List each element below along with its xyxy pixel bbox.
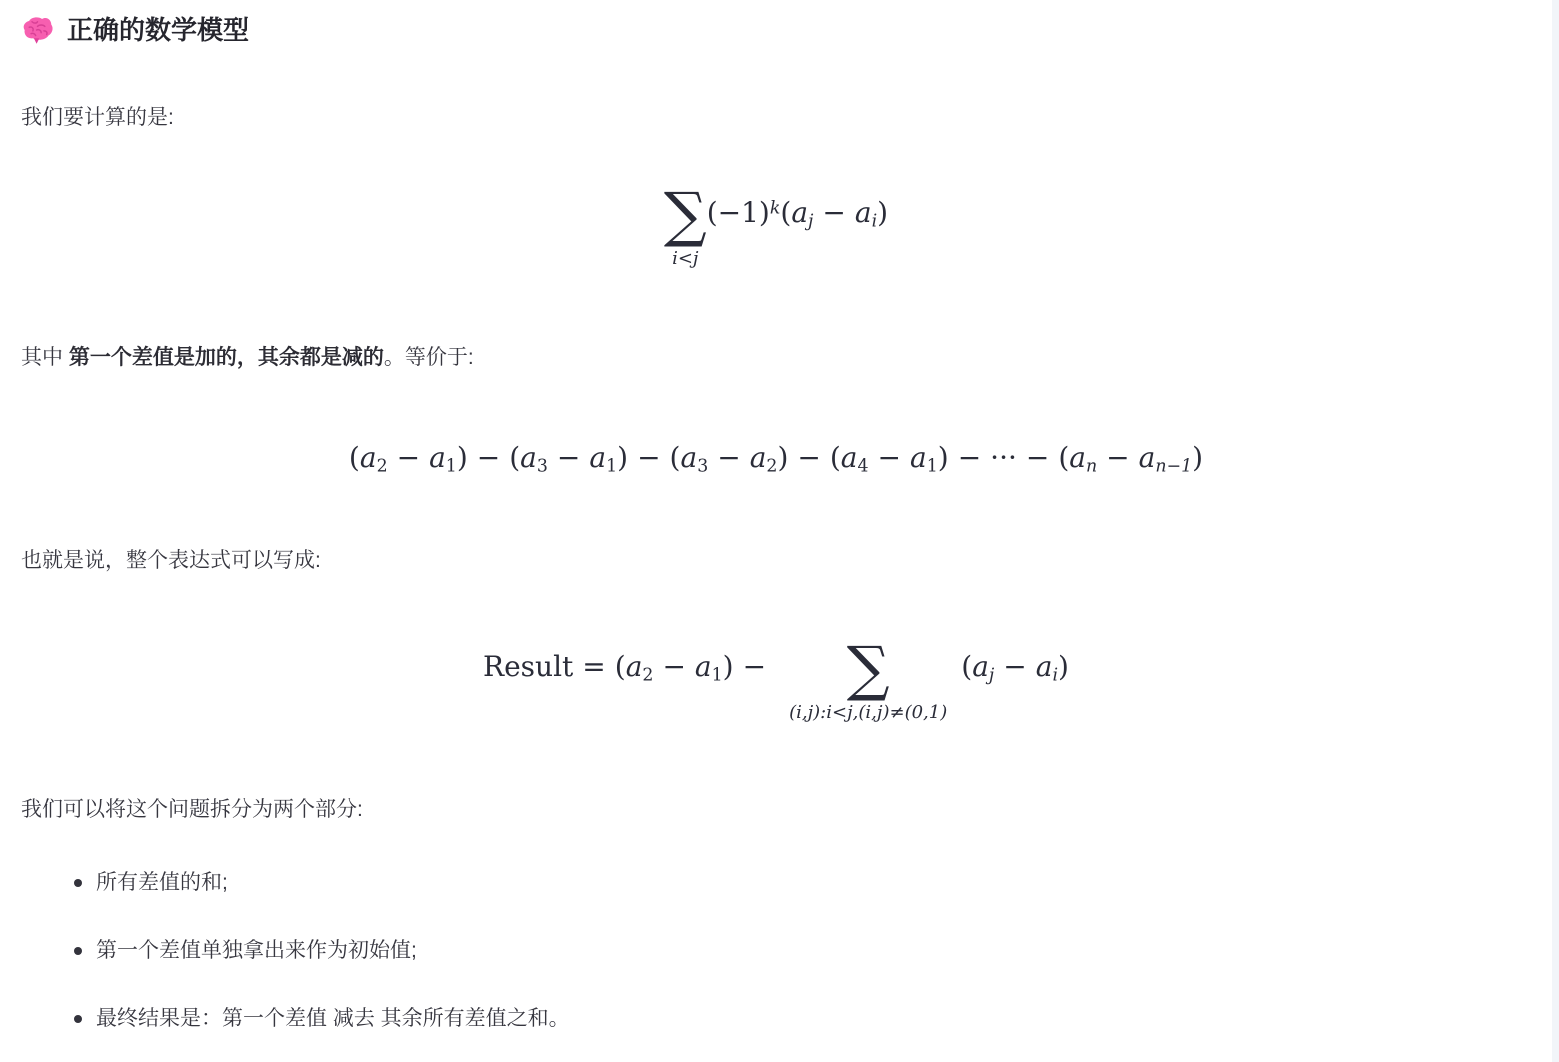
math-token: (−1) [707, 196, 770, 229]
result-right-expression: (aj−ai) [961, 648, 1069, 688]
math-token: ( [509, 441, 520, 474]
math-token: ( [615, 650, 626, 683]
math-exponent: k [770, 198, 781, 218]
math-subscript: 4 [858, 456, 869, 476]
math-subscript: 1 [927, 456, 938, 476]
split-intro-paragraph: 我们可以将这个问题拆分为两个部分: [21, 795, 1531, 825]
math-variable: a [1069, 441, 1086, 474]
list-item: 最终结果是：第一个差值 减去 其余所有差值之和。 [96, 1004, 1531, 1034]
math-variable: a [855, 196, 872, 229]
math-subscript: 3 [537, 456, 548, 476]
math-operator: − [743, 650, 766, 683]
math-operator: − [1003, 650, 1026, 683]
math-subscript: n [1086, 456, 1097, 476]
math-operator: − [878, 441, 901, 474]
math-token: ( [780, 196, 791, 229]
math-subscript: 3 [697, 456, 708, 476]
math-variable: a [360, 441, 377, 474]
math-variable: a [626, 650, 643, 683]
math-subscript: 2 [377, 456, 388, 476]
math-token: ( [349, 441, 360, 474]
math-operator: − [477, 441, 500, 474]
section-heading: 正确的数学模型 [21, 12, 1531, 48]
math-operator: − [797, 441, 820, 474]
math-variable: a [1139, 441, 1156, 474]
math-variable: a [791, 196, 808, 229]
math-operator: − [637, 441, 660, 474]
math-token: ) [723, 650, 734, 683]
math-token: ) [1058, 650, 1069, 683]
right-edge-gutter [1552, 0, 1559, 1062]
math-variable: a [1036, 650, 1053, 683]
document-page: 正确的数学模型 我们要计算的是: ∑ i<j (−1)k(aj−ai) 其中 第… [0, 12, 1552, 1034]
math-operator: − [822, 196, 845, 229]
math-token: ) [877, 196, 888, 229]
expanded-expression: (a2−a1)−(a3−a1)−(a3−a2)−(a4−a1)−···−(an−… [349, 441, 1203, 474]
formula-alternating-sum: ∑ i<j (−1)k(aj−ai) [21, 185, 1531, 270]
math-variable: a [972, 650, 989, 683]
math-variable: a [429, 441, 446, 474]
bold-text-segment: 第一个差值是加的，其余都是减的 [69, 346, 384, 369]
math-variable: a [520, 441, 537, 474]
text-segment: 其中 [21, 346, 69, 369]
math-token: ( [961, 650, 972, 683]
math-token: ) [938, 441, 949, 474]
math-token: ) [457, 441, 468, 474]
result-label: Result [483, 650, 573, 683]
math-subscript: 1 [446, 456, 457, 476]
formula-expanded-differences: (a2−a1)−(a3−a1)−(a3−a2)−(a4−a1)−···−(an−… [21, 439, 1531, 479]
sum-subscript-condition: (i,j):i<j,(i,j)≠(0,1) [789, 702, 947, 724]
math-subscript: j [989, 666, 994, 686]
sum-body-expression: (−1)k(aj−ai) [707, 194, 888, 234]
equals-sign: = [582, 650, 605, 683]
math-operator: − [557, 441, 580, 474]
math-subscript: n−1 [1155, 456, 1192, 476]
summary-list: 所有差值的和; 第一个差值单独拿出来作为初始值; 最终结果是：第一个差值 减去 … [21, 868, 1531, 1034]
math-operator: − [1106, 441, 1129, 474]
formula-result: Result=(a2−a1)− ∑ (i,j):i<j,(i,j)≠(0,1) … [21, 639, 1531, 724]
intro-paragraph: 我们要计算的是: [21, 103, 1531, 133]
math-variable: a [750, 441, 767, 474]
math-operator: − [958, 441, 981, 474]
math-variable: a [841, 441, 858, 474]
math-token: ( [670, 441, 681, 474]
math-subscript: 2 [642, 666, 653, 686]
math-subscript: j [808, 211, 813, 231]
list-item: 所有差值的和; [96, 868, 1531, 898]
summation-operator: ∑ (i,j):i<j,(i,j)≠(0,1) [789, 639, 947, 724]
result-left-expression: Result=(a2−a1)− [483, 648, 775, 688]
summation-operator: ∑ i<j [664, 185, 707, 270]
math-token: ) [1192, 441, 1203, 474]
brain-emoji-icon [21, 15, 54, 45]
explanation-paragraph: 其中 第一个差值是加的，其余都是减的。等价于: [21, 343, 1531, 373]
math-variable: a [910, 441, 927, 474]
math-operator: − [717, 441, 740, 474]
math-operator: − [662, 650, 685, 683]
math-variable: a [695, 650, 712, 683]
math-variable: a [589, 441, 606, 474]
math-token: ( [830, 441, 841, 474]
math-subscript: 2 [766, 456, 777, 476]
sum-symbol: ∑ [664, 185, 707, 245]
math-operator: − [397, 441, 420, 474]
math-subscript: 1 [712, 666, 723, 686]
text-segment: 。等价于: [384, 346, 474, 369]
math-ellipsis: ··· [990, 441, 1017, 474]
math-subscript: 1 [606, 456, 617, 476]
math-operator: − [1026, 441, 1049, 474]
math-token: ) [777, 441, 788, 474]
math-variable: a [680, 441, 697, 474]
math-token: ) [617, 441, 628, 474]
rewrite-paragraph: 也就是说，整个表达式可以写成: [21, 546, 1531, 576]
section-heading-text: 正确的数学模型 [67, 12, 249, 48]
sum-subscript: i<j [672, 248, 698, 270]
math-token: ( [1058, 441, 1069, 474]
list-item: 第一个差值单独拿出来作为初始值; [96, 936, 1531, 966]
sum-symbol: ∑ [847, 639, 890, 699]
